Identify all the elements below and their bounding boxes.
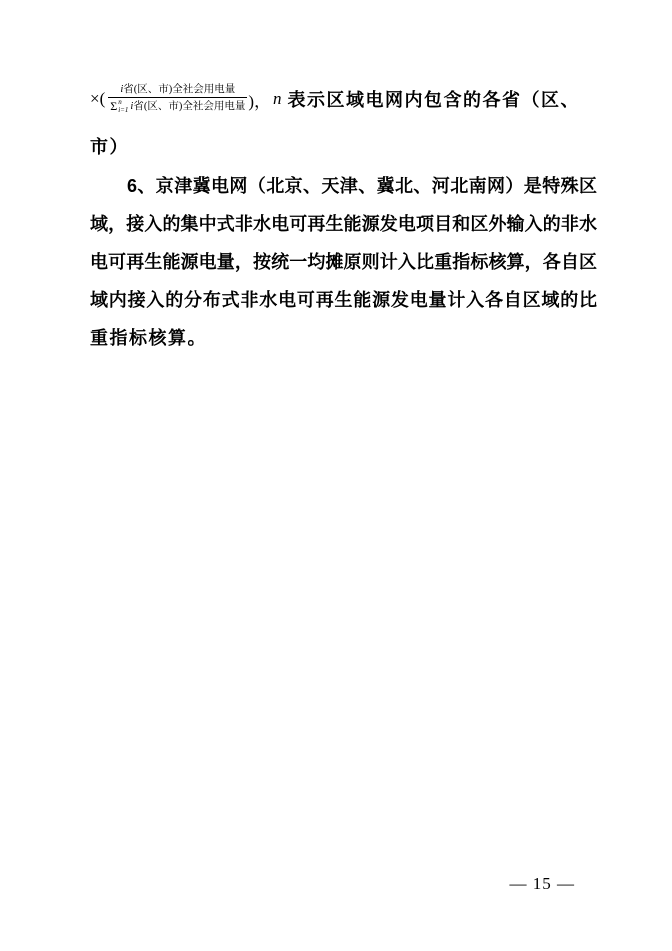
sigma-limits: n i=1	[118, 99, 128, 114]
sigma-symbol: Σ	[110, 100, 117, 114]
formula-line: ×( i省(区、市)全社会用电量 Σ n i=1 i 省(区、市)全社会用电量 …	[90, 76, 597, 122]
formula-close-paren: )，	[248, 87, 271, 112]
formula-times-open: ×(	[90, 89, 105, 109]
paragraph-line: 域，接入的集中式非水电可再生能源发电项目和区外输入的非水	[90, 205, 597, 243]
page-content: ×( i省(区、市)全社会用电量 Σ n i=1 i 省(区、市)全社会用电量 …	[90, 76, 597, 357]
paragraph-line: 域内接入的分布式非水电可再生能源发电量计入各自区域的比	[90, 281, 597, 319]
paragraph-line: 6、京津冀电网（北京、天津、冀北、河北南网）是特殊区	[90, 167, 597, 205]
page-number: — 15 —	[510, 874, 576, 894]
formula-continuation-line: 市）	[90, 128, 597, 166]
fraction-denominator: Σ n i=1 i 省(区、市)全社会用电量	[108, 97, 247, 114]
formula-n-variable: n	[273, 89, 282, 109]
document-page: ×( i省(区、市)全社会用电量 Σ n i=1 i 省(区、市)全社会用电量 …	[0, 0, 672, 951]
formula-description-text: 表示区域电网内包含的各省（区、	[288, 86, 581, 112]
fraction-numerator: i省(区、市)全社会用电量	[116, 84, 239, 97]
paragraph-line: 重指标核算。	[90, 319, 597, 357]
paragraph-line: 电可再生能源电量，按统一均摊原则计入比重指标核算，各自区	[90, 243, 597, 281]
formula-fraction: i省(区、市)全社会用电量 Σ n i=1 i 省(区、市)全社会用电量	[108, 84, 247, 114]
paragraph-item-6: 6、京津冀电网（北京、天津、冀北、河北南网）是特殊区 域，接入的集中式非水电可再…	[90, 167, 597, 357]
